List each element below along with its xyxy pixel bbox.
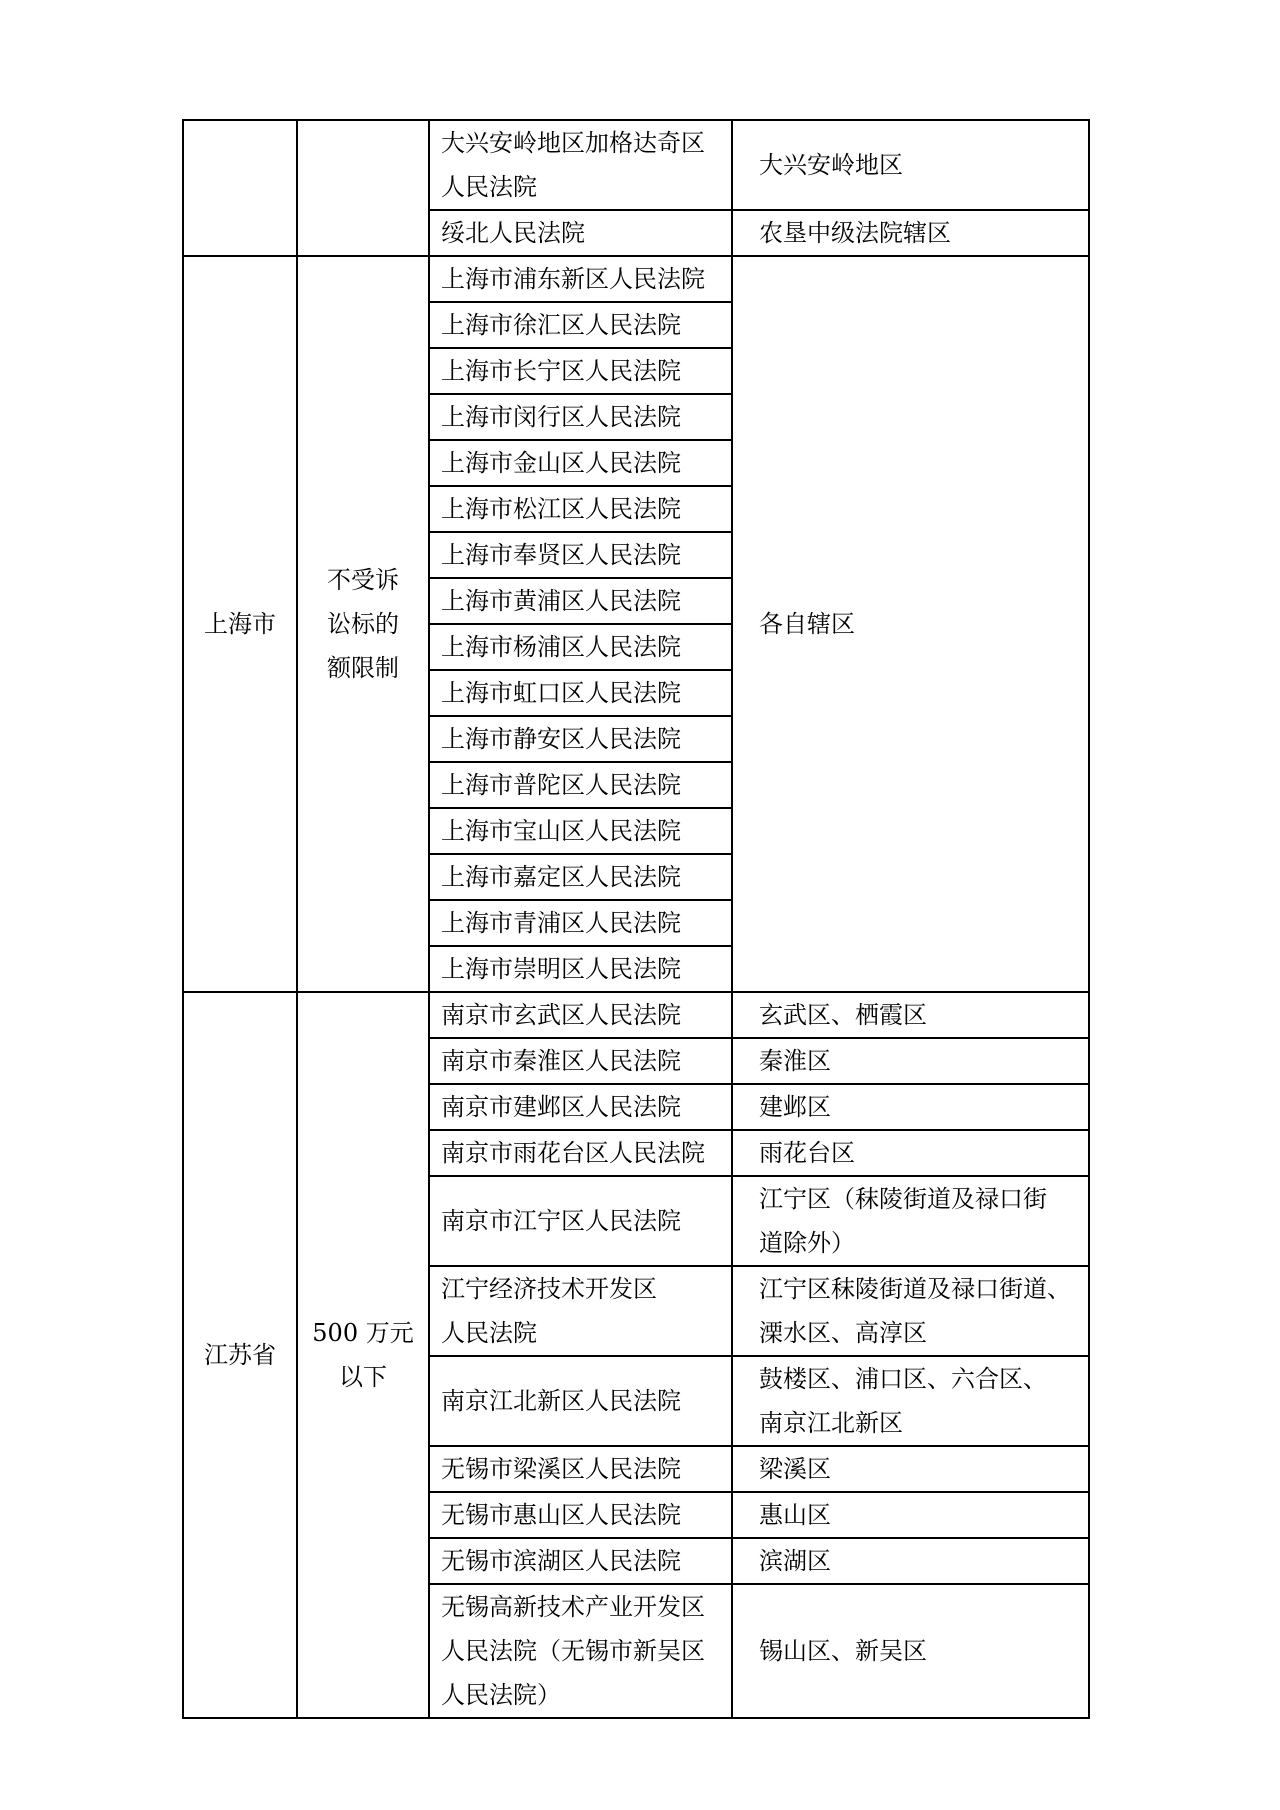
- limit-cell-jiangsu: 500 万元 以下: [297, 992, 429, 1718]
- court-cell: 无锡市梁溪区人民法院: [429, 1446, 732, 1492]
- document-page: 大兴安岭地区加格达奇区 人民法院 大兴安岭地区 绥北人民法院 农垦中级法院辖区 …: [0, 0, 1280, 1810]
- table-row: 江苏省 500 万元 以下 南京市玄武区人民法院 玄武区、栖霞区: [183, 992, 1089, 1038]
- jurisdiction-cell: 江宁区秣陵街道及禄口街道、 溧水区、高淳区: [732, 1266, 1089, 1356]
- jurisdiction-cell: 锡山区、新吴区: [732, 1584, 1089, 1718]
- province-cell-empty: [183, 120, 297, 256]
- court-cell: 上海市松江区人民法院: [429, 486, 732, 532]
- province-cell-shanghai: 上海市: [183, 256, 297, 992]
- court-cell: 无锡市惠山区人民法院: [429, 1492, 732, 1538]
- table-row: 大兴安岭地区加格达奇区 人民法院 大兴安岭地区: [183, 120, 1089, 210]
- court-cell: 南京市建邺区人民法院: [429, 1084, 732, 1130]
- jurisdiction-cell: 梁溪区: [732, 1446, 1089, 1492]
- limit-cell-empty: [297, 120, 429, 256]
- jurisdiction-cell: 鼓楼区、浦口区、六合区、 南京江北新区: [732, 1356, 1089, 1446]
- jurisdiction-cell: 玄武区、栖霞区: [732, 992, 1089, 1038]
- court-cell: 上海市闵行区人民法院: [429, 394, 732, 440]
- court-cell: 无锡市滨湖区人民法院: [429, 1538, 732, 1584]
- court-cell: 上海市浦东新区人民法院: [429, 256, 732, 302]
- province-cell-jiangsu: 江苏省: [183, 992, 297, 1718]
- jurisdiction-cell: 建邺区: [732, 1084, 1089, 1130]
- court-cell: 上海市杨浦区人民法院: [429, 624, 732, 670]
- court-cell: 大兴安岭地区加格达奇区 人民法院: [429, 120, 732, 210]
- court-cell: 南京市雨花台区人民法院: [429, 1130, 732, 1176]
- court-cell: 南京江北新区人民法院: [429, 1356, 732, 1446]
- limit-cell-shanghai: 不受诉 讼标的 额限制: [297, 256, 429, 992]
- court-cell: 南京市秦淮区人民法院: [429, 1038, 732, 1084]
- court-cell: 上海市青浦区人民法院: [429, 900, 732, 946]
- court-cell: 上海市虹口区人民法院: [429, 670, 732, 716]
- jurisdiction-cell: 江宁区（秣陵街道及禄口街 道除外）: [732, 1176, 1089, 1266]
- court-cell: 绥北人民法院: [429, 210, 732, 256]
- court-cell: 南京市江宁区人民法院: [429, 1176, 732, 1266]
- jurisdiction-cell-shared: 各自辖区: [732, 256, 1089, 992]
- jurisdiction-cell: 农垦中级法院辖区: [732, 210, 1089, 256]
- table-row: 上海市 不受诉 讼标的 额限制 上海市浦东新区人民法院 各自辖区: [183, 256, 1089, 302]
- court-cell: 上海市普陀区人民法院: [429, 762, 732, 808]
- court-cell: 上海市奉贤区人民法院: [429, 532, 732, 578]
- jurisdiction-cell: 大兴安岭地区: [732, 120, 1089, 210]
- court-cell: 上海市金山区人民法院: [429, 440, 732, 486]
- court-cell: 江宁经济技术开发区 人民法院: [429, 1266, 732, 1356]
- jurisdiction-cell: 雨花台区: [732, 1130, 1089, 1176]
- court-jurisdiction-table: 大兴安岭地区加格达奇区 人民法院 大兴安岭地区 绥北人民法院 农垦中级法院辖区 …: [182, 119, 1090, 1719]
- court-cell: 上海市静安区人民法院: [429, 716, 732, 762]
- court-cell: 上海市徐汇区人民法院: [429, 302, 732, 348]
- jurisdiction-cell: 惠山区: [732, 1492, 1089, 1538]
- court-cell: 无锡高新技术产业开发区 人民法院（无锡市新吴区 人民法院）: [429, 1584, 732, 1718]
- court-cell: 上海市崇明区人民法院: [429, 946, 732, 992]
- court-cell: 南京市玄武区人民法院: [429, 992, 732, 1038]
- court-cell: 上海市嘉定区人民法院: [429, 854, 732, 900]
- jurisdiction-cell: 秦淮区: [732, 1038, 1089, 1084]
- court-cell: 上海市黄浦区人民法院: [429, 578, 732, 624]
- court-cell: 上海市宝山区人民法院: [429, 808, 732, 854]
- court-cell: 上海市长宁区人民法院: [429, 348, 732, 394]
- jurisdiction-cell: 滨湖区: [732, 1538, 1089, 1584]
